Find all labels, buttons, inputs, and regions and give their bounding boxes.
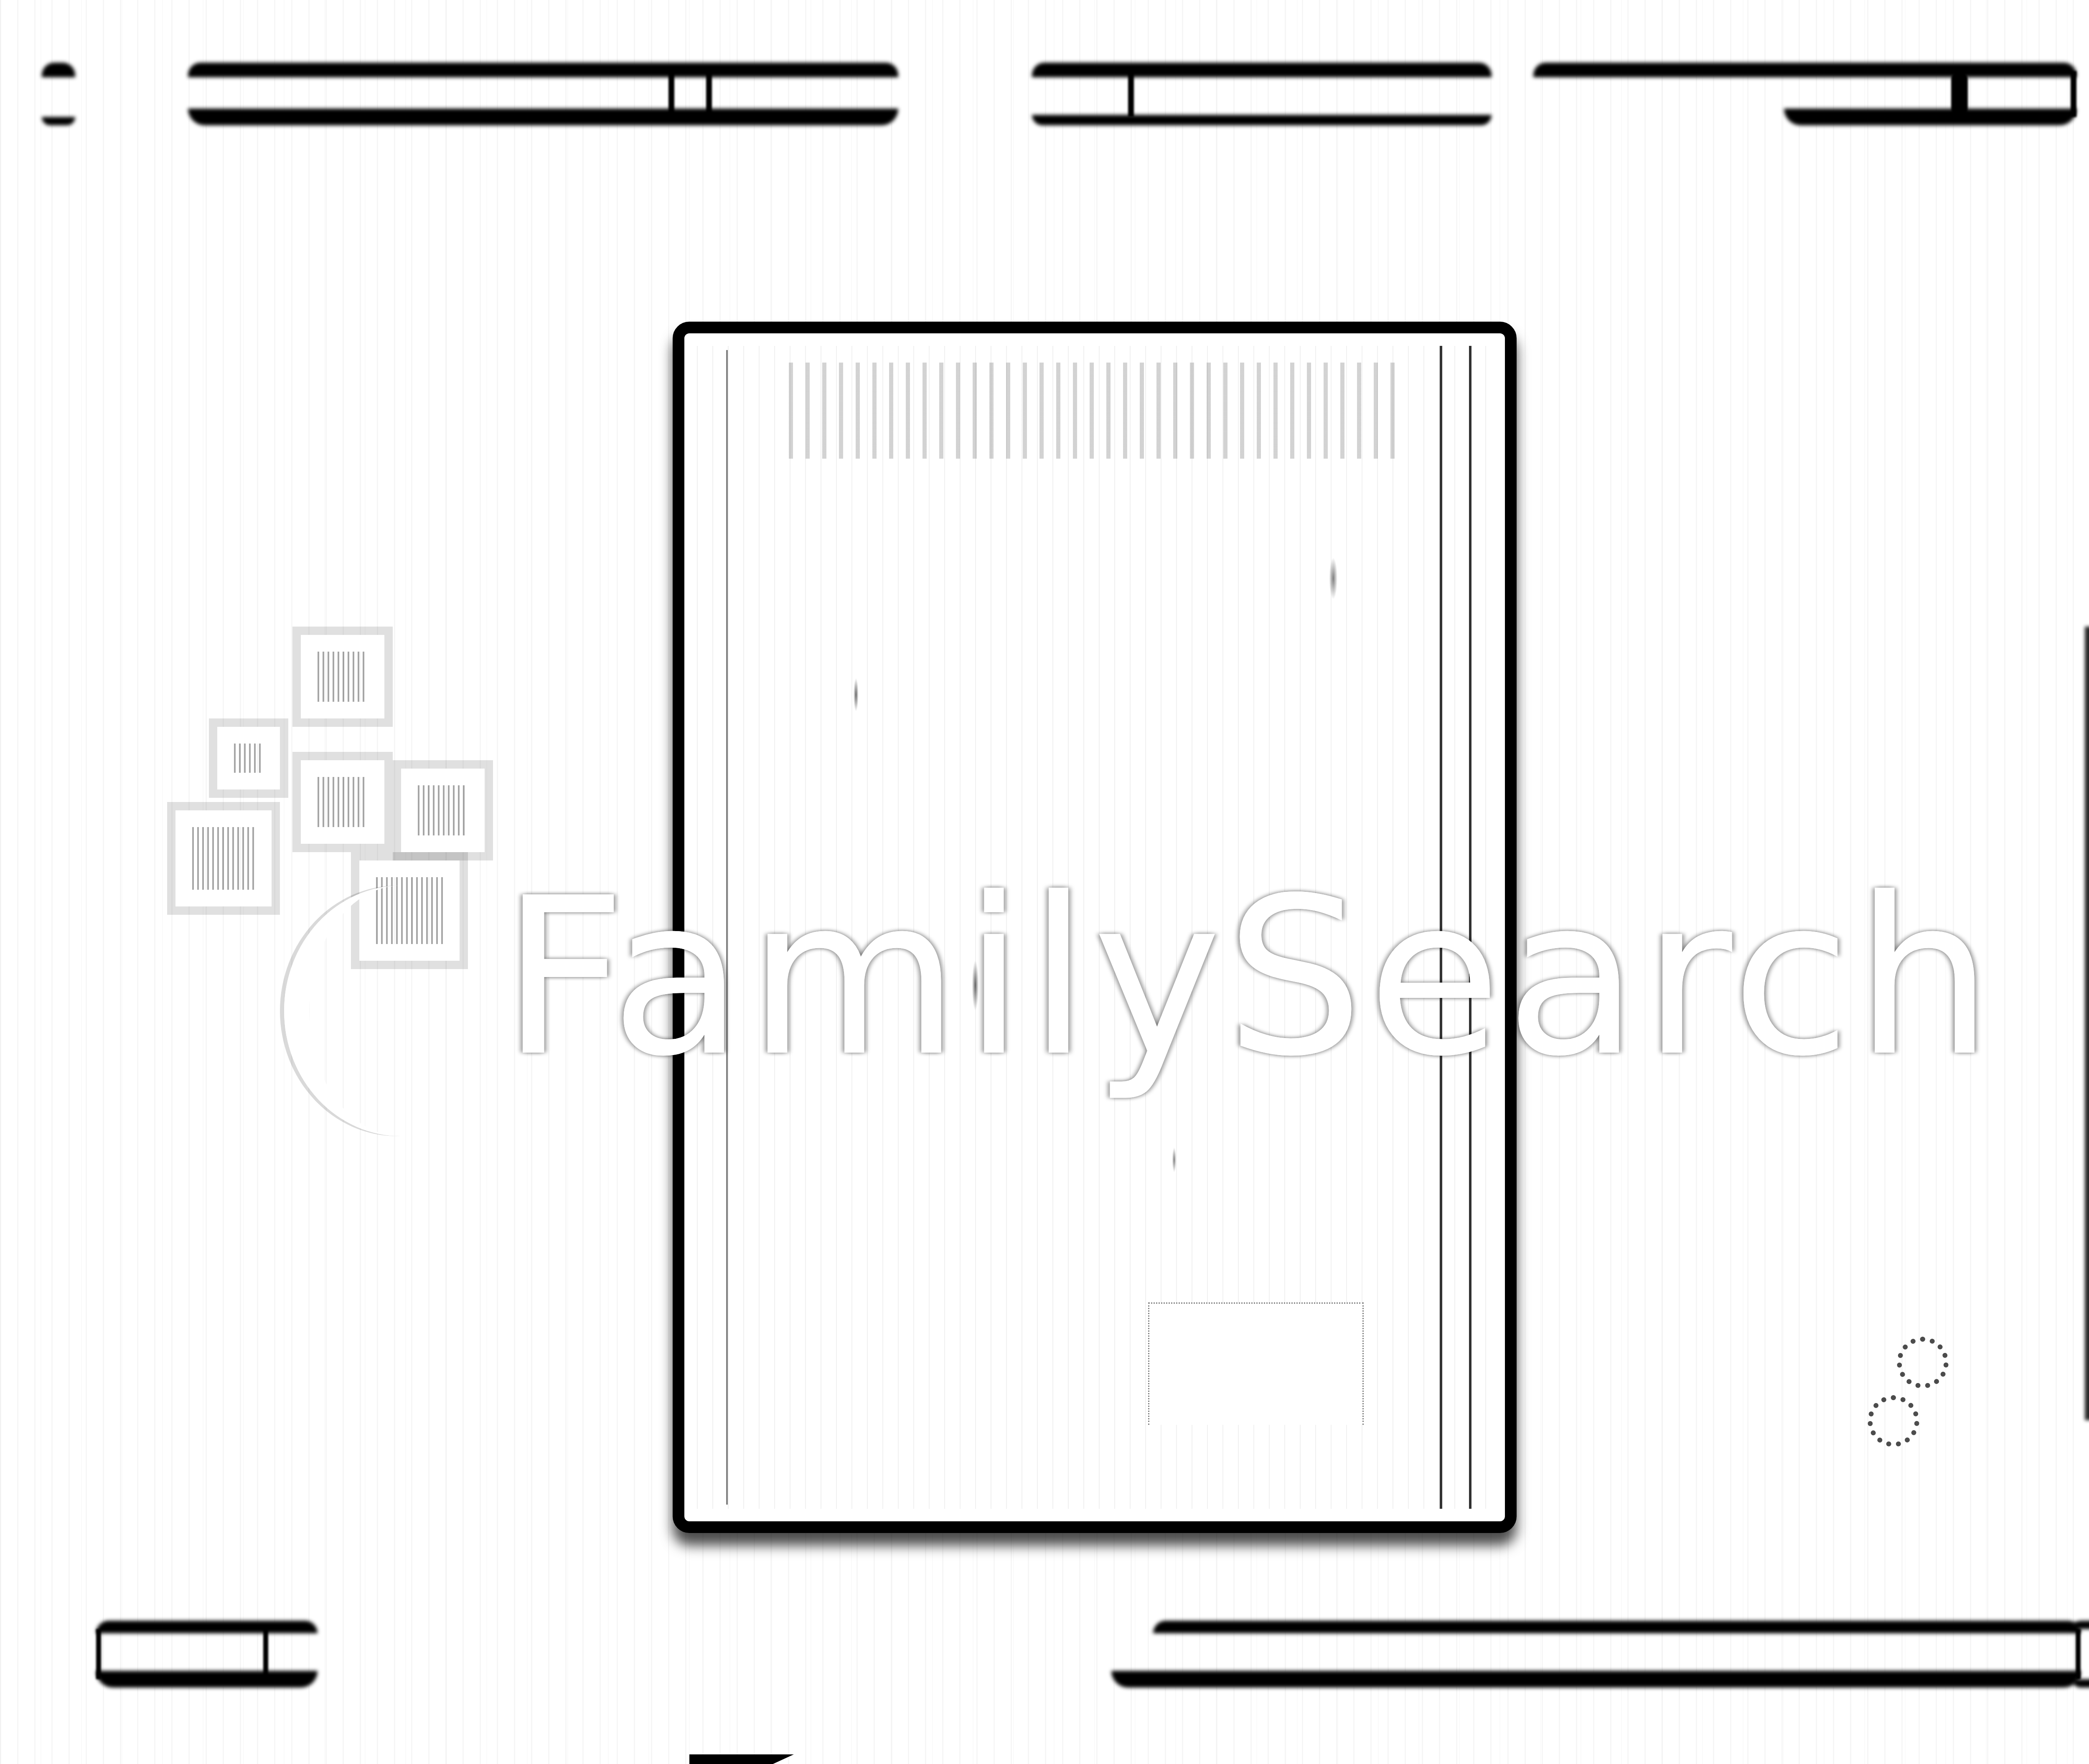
strip-segment: [526, 1621, 2081, 1688]
surface-edge: [2085, 627, 2089, 1420]
bottom-corner-mark: [689, 1754, 794, 1764]
cover-label-blank: [1148, 1302, 1364, 1425]
top-scale-strip: [42, 63, 2089, 125]
family-tree-squares-icon: [159, 635, 535, 1136]
strip-segment: [1533, 63, 2076, 125]
strip-segment: [188, 63, 898, 125]
ring-mark: [1897, 1337, 1949, 1388]
strip-segment: [96, 1621, 318, 1688]
strip-segment: [42, 63, 75, 125]
cover-edge-line: [1440, 346, 1442, 1509]
cover-wear: [697, 346, 1492, 1509]
strip-segment: [2072, 1621, 2089, 1688]
cover-title-faded: [789, 363, 1400, 459]
strip-segment: [1032, 63, 1492, 125]
cover-edge-line: [1469, 346, 1471, 1509]
scanned-photo: FamilySearch: [0, 0, 2089, 1764]
ring-mark: [1868, 1395, 1919, 1447]
bottom-scale-strip: [96, 1621, 2089, 1688]
book-cover: [673, 322, 1517, 1533]
cover-board-edge: [701, 350, 728, 1505]
